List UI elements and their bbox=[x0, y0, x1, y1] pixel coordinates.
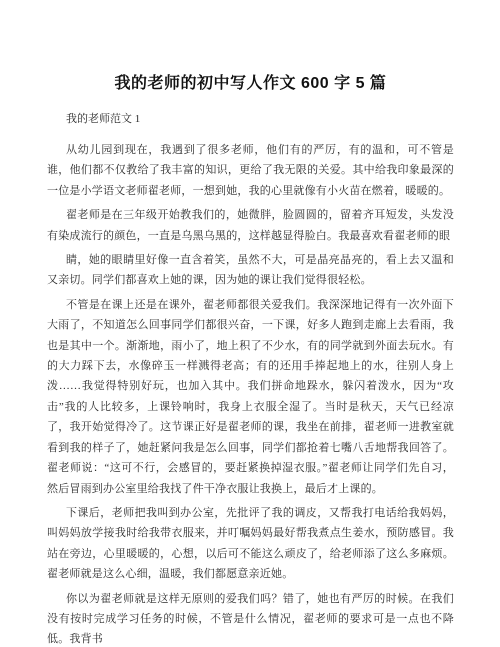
essay-paragraph: 不管是在课上还是在课外，翟老师都很关爱我们。我深深地记得有一次外面下大雨了，不知… bbox=[47, 295, 454, 499]
document-page: 我的老师的初中写人作文 600 字 5 篇 我的老师范文 1 从幼儿园到现在，我… bbox=[0, 0, 500, 647]
essay-paragraph: 从幼儿园到现在，我遇到了很多老师，他们有的严厉，有的温和，可不管是谁，他们都不仅… bbox=[47, 140, 454, 201]
essay-paragraph: 睛，她的眼睛里好像一直含着笑，虽然不大，可是晶亮晶亮的，看上去又温和又亲切。同学… bbox=[47, 250, 454, 291]
essay-paragraph: 翟老师是在三年级开始教我们的，她微胖，脸圆圆的，留着齐耳短发，头发没有染成流行的… bbox=[47, 205, 454, 246]
document-title: 我的老师的初中写人作文 600 字 5 篇 bbox=[47, 74, 454, 94]
essay-paragraph: 你以为翟老师就是这样无原则的爱我们吗？错了，她也有严厉的时候。在我们没有按时完成… bbox=[47, 589, 454, 647]
section-heading: 我的老师范文 1 bbox=[47, 111, 454, 127]
essay-body: 从幼儿园到现在，我遇到了很多老师，他们有的严厉，有的温和，可不管是谁，他们都不仅… bbox=[47, 140, 454, 647]
essay-paragraph: 下课后，老师把我叫到办公室，先批评了我的调皮，又帮我打电话给我妈妈，叫妈妈放学接… bbox=[47, 503, 454, 585]
